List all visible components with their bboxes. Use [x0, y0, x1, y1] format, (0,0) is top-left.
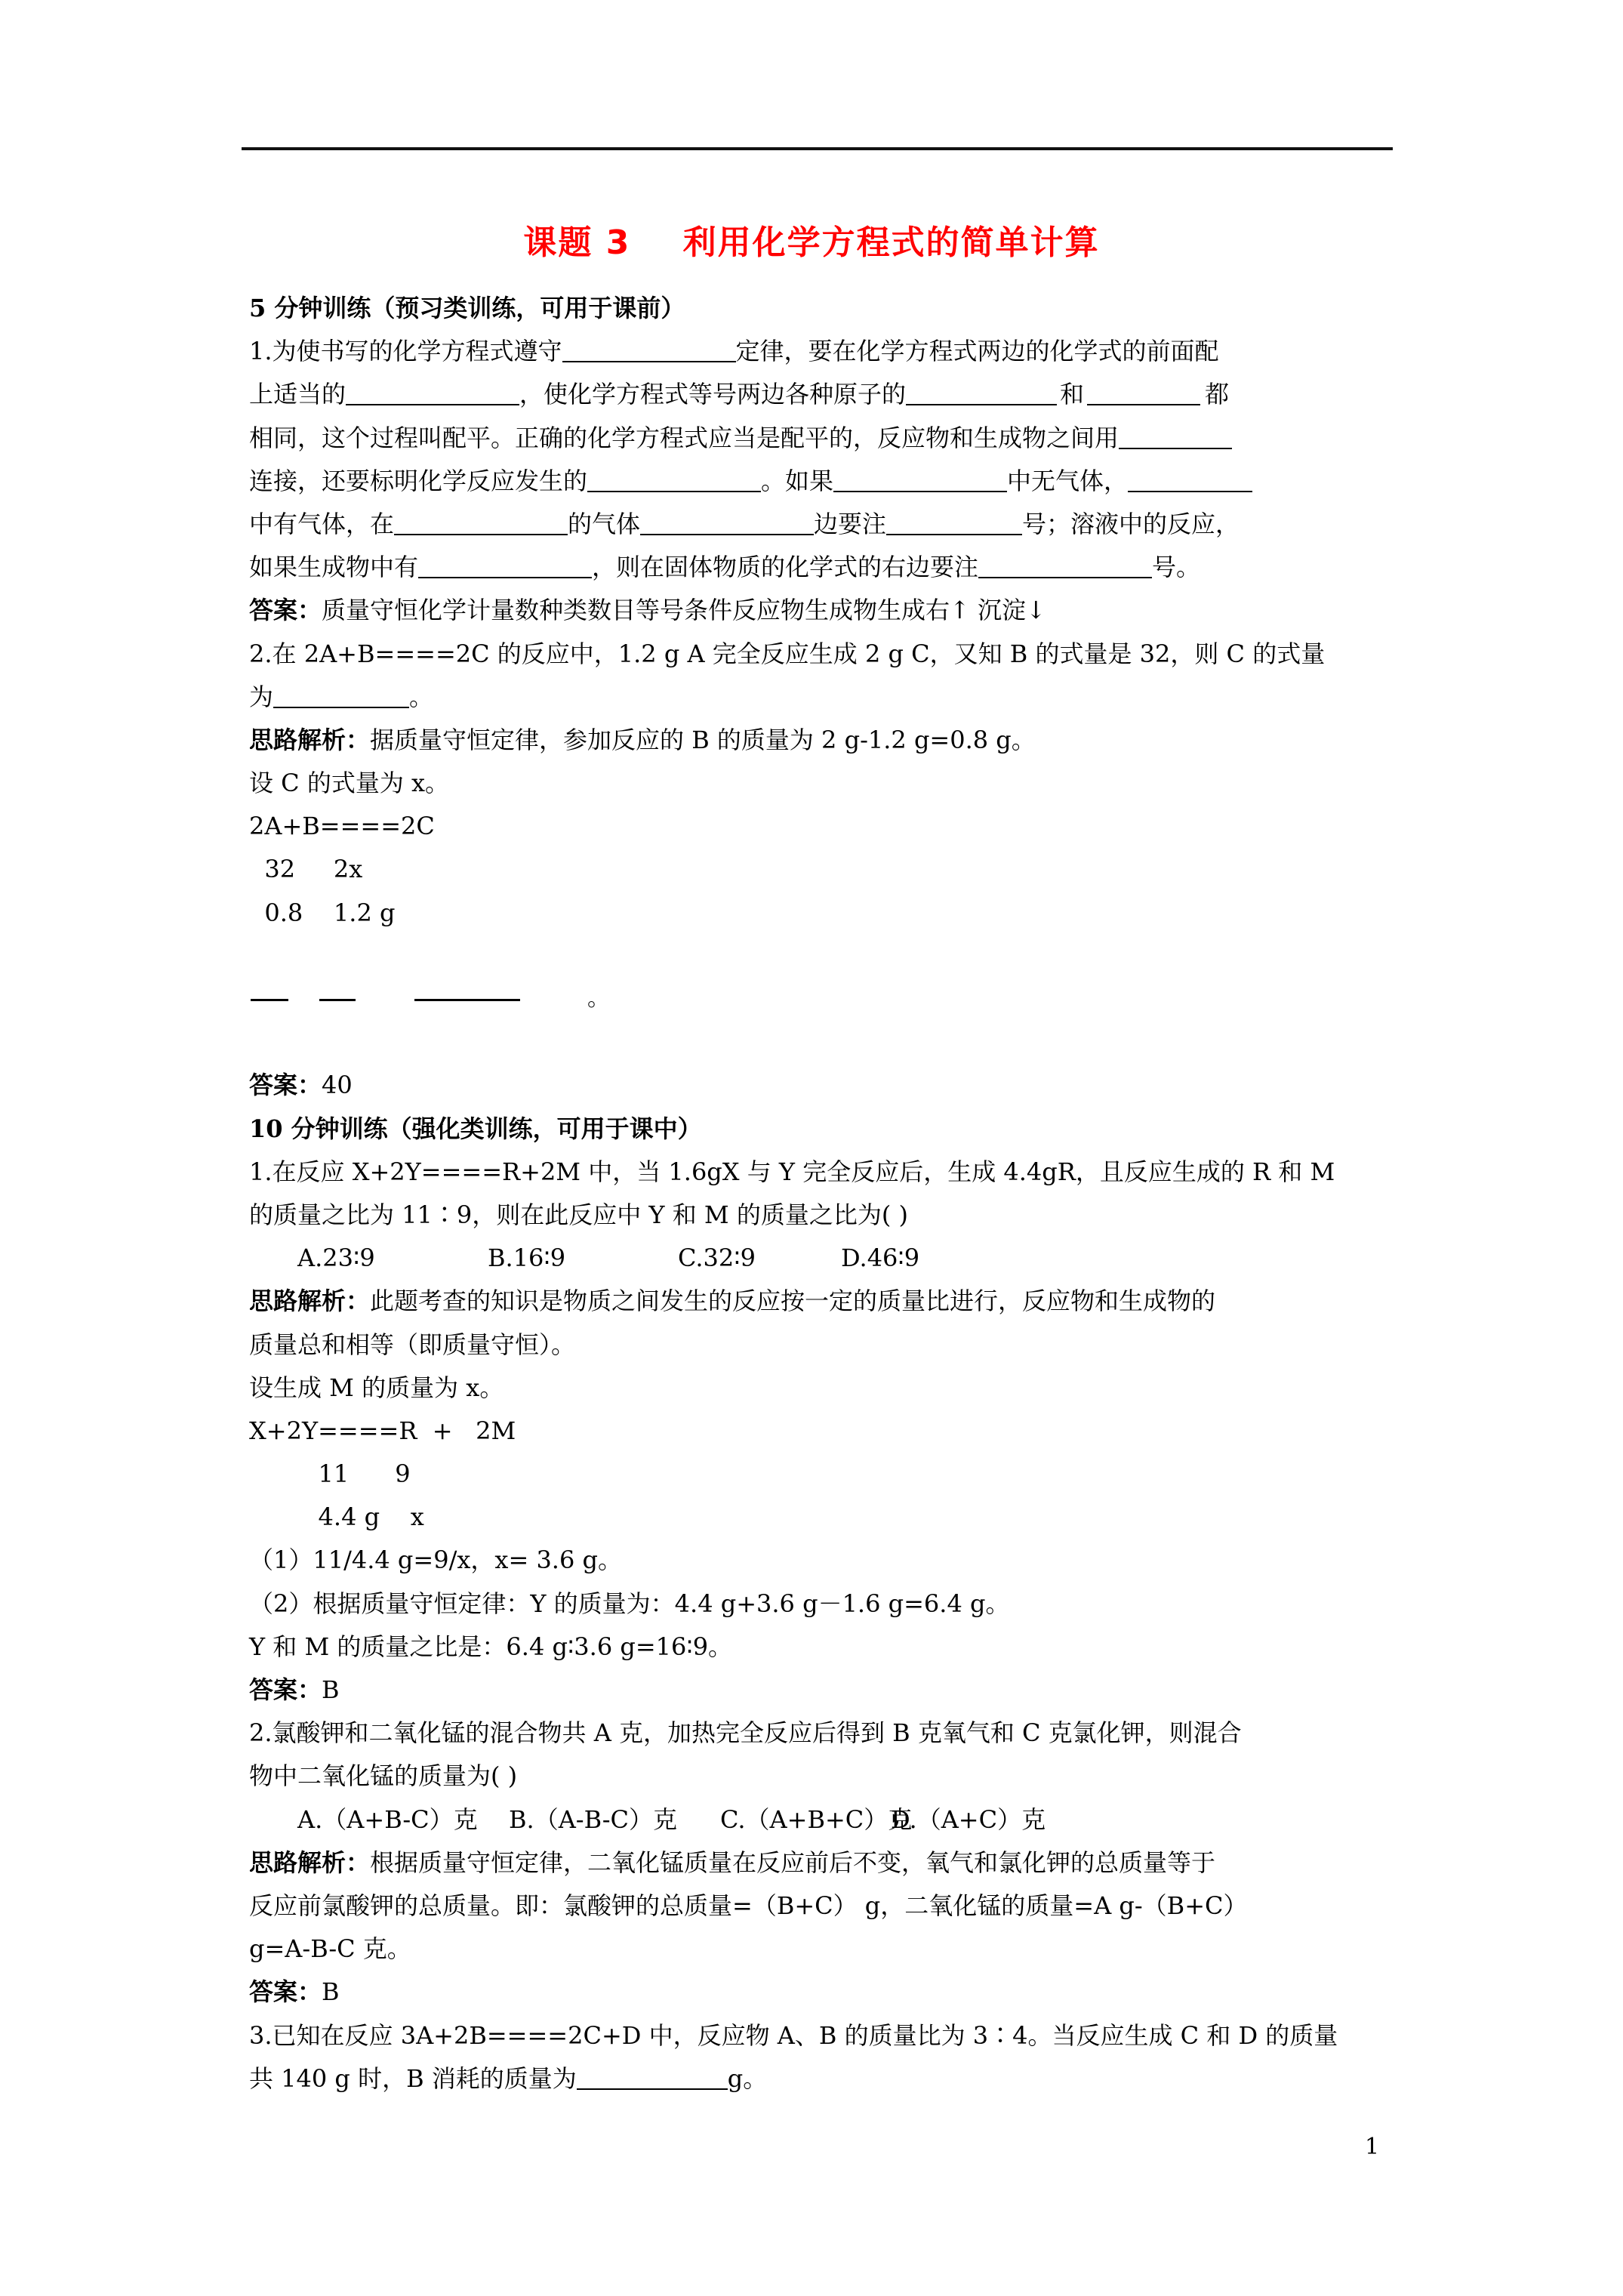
p2q1-step-2: （2）根据质量守恒定律：Y 的质量为：4.4 g+3.6 g－1.6 g=6.4… — [249, 1583, 1393, 1626]
p2q1-analysis-2: 质量总和相等（即质量守恒）。 — [249, 1324, 1393, 1367]
q1-text: 如果生成物中有 — [249, 553, 418, 581]
analysis-label: 思路解析： — [249, 726, 370, 754]
p2q1-ratio: Y 和 M 的质量之比是：6.4 g∶3.6 g=16∶9。 — [249, 1626, 1393, 1669]
q1-text: ，则在固体物质的化学式的右边要注 — [592, 553, 978, 581]
q1-answer: 答案：质量守恒化学计量数种类数目等号条件反应物生成物生成右↑ 沉淀↓ — [249, 589, 1393, 632]
p2q1-step-1: （1）11/4.4 g=9/x，x= 3.6 g。 — [249, 1539, 1393, 1582]
q1-text: 上适当的 — [249, 380, 346, 408]
p2q2-analysis-3: g=A-B-C 克。 — [249, 1928, 1393, 1971]
analysis-label: 思路解析： — [249, 1287, 370, 1315]
blank-9[interactable] — [394, 511, 568, 535]
q1-text: 都 — [1200, 380, 1229, 408]
spacer — [249, 1021, 1393, 1064]
q2-ratio-row-1: 32 2x — [249, 848, 1393, 891]
p2q1-answer: 答案：B — [249, 1669, 1393, 1712]
option-d[interactable]: D.46∶9 — [841, 1237, 919, 1280]
blank-7[interactable] — [833, 468, 1007, 492]
q2-line-1: 2.在 2A+B====2C 的反应中，1.2 g A 完全反应生成 2 g C… — [249, 633, 1393, 676]
q1-text: 。如果 — [761, 467, 833, 495]
blank-5[interactable] — [1119, 425, 1232, 449]
q2-fraction-lines: 。 — [249, 978, 1393, 1021]
option-a[interactable]: A.23∶9 — [297, 1237, 488, 1280]
answer-label: 答案： — [249, 596, 322, 624]
q2-set-x: 设 C 的式量为 x。 — [249, 762, 1393, 805]
blank-4[interactable] — [1087, 381, 1200, 405]
fraction-bar — [319, 999, 356, 1001]
p2q3-text: 共 140 g 时，B 消耗的质量为 — [249, 2064, 577, 2093]
blank-2[interactable] — [346, 381, 519, 405]
q1-text: 号；溶液中的反应， — [1022, 510, 1240, 538]
blank-p2q3[interactable] — [577, 2066, 728, 2090]
analysis-text: 据质量守恒定律，参加反应的 B 的质量为 2 g-1.2 g=0.8 g。 — [370, 726, 1036, 754]
document-title: 课题 3 利用化学方程式的简单计算 — [0, 215, 1623, 264]
blank-13[interactable] — [978, 554, 1152, 578]
section-header-5min: 5 分钟训练（预习类训练，可用于课前） — [249, 287, 1393, 330]
p2q1-line-1: 1.在反应 X+2Y====R+2M 中，当 1.6gX 与 Y 完全反应后，生… — [249, 1151, 1393, 1194]
q1-text: 中无气体， — [1007, 467, 1128, 495]
option-a[interactable]: A.（A+B-C）克 — [297, 1798, 509, 1841]
p2q2-line-1: 2.氯酸钾和二氧化锰的混合物共 A 克，加热完全反应后得到 B 克氧气和 C 克… — [249, 1712, 1393, 1755]
analysis-label: 思路解析： — [249, 1848, 370, 1877]
p2q1-equation: X+2Y====R + 2M — [249, 1410, 1393, 1453]
p2q1-line-2: 的质量之比为 11∶9，则在此反应中 Y 和 M 的质量之比为( ) — [249, 1194, 1393, 1237]
q1-text: ，使化学方程式等号两边各种原子的 — [519, 380, 906, 408]
q1-line-3: 相同，这个过程叫配平。正确的化学方程式应当是配平的，反应物和生成物之间用 — [249, 417, 1393, 460]
answer-text: B — [322, 1977, 340, 2006]
analysis-text: 根据质量守恒定律，二氧化锰质量在反应前后不变，氧气和氯化钾的总质量等于 — [370, 1848, 1215, 1877]
p2q3-line-2: 共 140 g 时，B 消耗的质量为g。 — [249, 2057, 1393, 2100]
q2-line-2: 为。 — [249, 676, 1393, 719]
answer-label: 答案： — [249, 1977, 322, 2006]
q2-answer: 答案：40 — [249, 1064, 1393, 1107]
q1-line-6: 如果生成物中有，则在固体物质的化学式的右边要注号。 — [249, 546, 1393, 589]
q1-text: 定律，要在化学方程式两边的化学式的前面配 — [736, 337, 1219, 365]
section-header-10min: 10 分钟训练（强化类训练，可用于课中） — [249, 1108, 1393, 1151]
option-b[interactable]: B.（A-B-C）克 — [509, 1798, 720, 1841]
q2-equation: 2A+B====2C — [249, 805, 1393, 848]
spacer — [249, 935, 1393, 978]
header-rule — [242, 147, 1393, 150]
option-c[interactable]: C.32∶9 — [678, 1237, 841, 1280]
q1-line-2: 上适当的，使化学方程式等号两边各种原子的和都 — [249, 373, 1393, 416]
q1-line-5: 中有气体，在的气体边要注号；溶液中的反应， — [249, 503, 1393, 546]
q1-text: 相同，这个过程叫配平。正确的化学方程式应当是配平的，反应物和生成物之间用 — [249, 424, 1119, 452]
blank-8[interactable] — [1128, 468, 1252, 492]
p2q1-options: A.23∶9B.16∶9C.32∶9D.46∶9 — [249, 1237, 1393, 1280]
q1-text: 的气体 — [568, 510, 640, 538]
fraction-bar — [251, 999, 288, 1001]
p2q2-options: A.（A+B-C）克B.（A-B-C）克C.（A+B+C）克D.（A+C）克 — [249, 1798, 1393, 1841]
q1-line-1: 1.为使书写的化学方程式遵守定律，要在化学方程式两边的化学式的前面配 — [249, 330, 1393, 373]
p2q2-analysis-2: 反应前氯酸钾的总质量。即：氯酸钾的总质量=（B+C） g，二氧化锰的质量=A g… — [249, 1885, 1393, 1928]
p2q1-ratio-row-2: 4.4 g x — [249, 1496, 1393, 1539]
analysis-text: 此题考查的知识是物质之间发生的反应按一定的质量比进行，反应物和生成物的 — [370, 1287, 1215, 1315]
p2q2-line-2: 物中二氧化锰的质量为( ) — [249, 1755, 1393, 1798]
p2q2-answer: 答案：B — [249, 1971, 1393, 2014]
blank-11[interactable] — [886, 511, 1022, 535]
q2-ratio-row-2: 0.8 1.2 g — [249, 892, 1393, 935]
answer-label: 答案： — [249, 1675, 322, 1704]
answer-text: 质量守恒化学计量数种类数目等号条件反应物生成物生成右↑ 沉淀↓ — [322, 596, 1046, 624]
answer-text: B — [322, 1675, 340, 1704]
option-c[interactable]: C.（A+B+C）克 — [720, 1798, 891, 1841]
fraction-period: 。 — [587, 979, 610, 1012]
blank-10[interactable] — [640, 511, 814, 535]
q1-text: 连接，还要标明化学反应发生的 — [249, 467, 587, 495]
blank-12[interactable] — [418, 554, 592, 578]
p2q1-set-x: 设生成 M 的质量为 x。 — [249, 1367, 1393, 1410]
p2q2-analysis-1: 思路解析：根据质量守恒定律，二氧化锰质量在反应前后不变，氧气和氯化钾的总质量等于 — [249, 1841, 1393, 1885]
q1-text: 1.为使书写的化学方程式遵守 — [249, 337, 562, 365]
q2-text: 。 — [409, 683, 433, 711]
option-b[interactable]: B.16∶9 — [488, 1237, 678, 1280]
blank-6[interactable] — [587, 468, 761, 492]
q1-text: 边要注 — [814, 510, 886, 538]
q2-analysis: 思路解析：据质量守恒定律，参加反应的 B 的质量为 2 g-1.2 g=0.8 … — [249, 719, 1393, 762]
q2-text: 为 — [249, 683, 273, 711]
q1-text: 和 — [1057, 380, 1087, 408]
blank-1[interactable] — [562, 338, 736, 362]
p2q1-ratio-row-1: 11 9 — [249, 1453, 1393, 1496]
q1-text: 号。 — [1152, 553, 1200, 581]
q1-line-4: 连接，还要标明化学反应发生的。如果中无气体， — [249, 460, 1393, 503]
document-body: 5 分钟训练（预习类训练，可用于课前） 1.为使书写的化学方程式遵守定律，要在化… — [249, 287, 1393, 2100]
q1-text: 中有气体，在 — [249, 510, 394, 538]
fraction-bar — [414, 999, 520, 1001]
page-number: 1 — [1365, 2134, 1379, 2160]
blank-q2[interactable] — [273, 684, 409, 708]
p2q1-analysis-1: 思路解析：此题考查的知识是物质之间发生的反应按一定的质量比进行，反应物和生成物的 — [249, 1280, 1393, 1323]
option-d[interactable]: D.（A+C）克 — [891, 1798, 1046, 1841]
answer-text: 40 — [322, 1071, 353, 1099]
p2q3-text: g。 — [728, 2064, 768, 2093]
answer-label: 答案： — [249, 1071, 322, 1099]
blank-3[interactable] — [906, 381, 1057, 405]
p2q3-line-1: 3.已知在反应 3A+2B====2C+D 中，反应物 A、B 的质量比为 3∶… — [249, 2014, 1393, 2057]
